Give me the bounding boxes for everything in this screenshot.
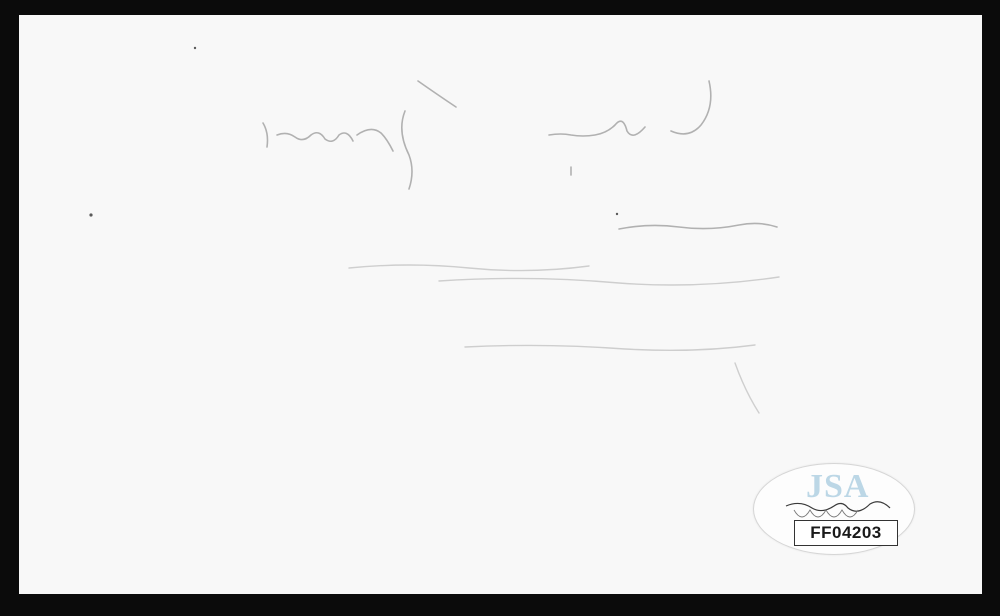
jsa-authentication-sticker: JSA FF04203 (753, 463, 915, 555)
serial-number: FF04203 (794, 520, 898, 546)
index-card: JSA FF04203 (19, 15, 982, 594)
